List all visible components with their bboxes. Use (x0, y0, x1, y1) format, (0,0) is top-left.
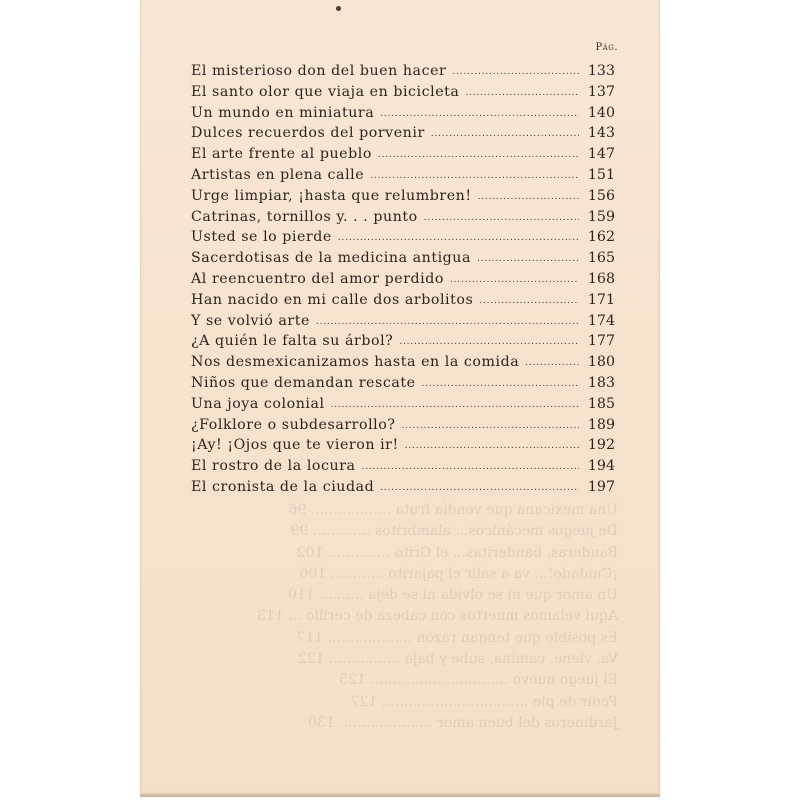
toc-entry-title: El arte frente al pueblo (191, 146, 372, 162)
dot-leader (450, 275, 579, 285)
toc-entry-title: Sacerdotisas de la medicina antigua (191, 250, 471, 266)
toc-entry-title: Al reencuentro del amor perdido (191, 271, 444, 287)
ghost-line: Aquí velamos muertos con cabeza de ceril… (188, 606, 618, 627)
toc-entry-page: 174 (587, 313, 615, 329)
dot-leader (477, 254, 579, 264)
toc-entry-page: 159 (587, 209, 615, 225)
dot-leader (478, 192, 579, 202)
toc-entry: Artistas en plena calle151 (191, 167, 615, 188)
toc-entry-page: 156 (587, 188, 615, 204)
ghost-line: Banderas, banderitas... el Grito .......… (188, 543, 618, 564)
toc-entry: Urge limpiar, ¡hasta que relumbren!156 (191, 188, 615, 209)
toc-entry: Niños que demandan rescate183 (191, 375, 615, 396)
toc-entry-title: Una joya colonial (191, 396, 325, 412)
dot-leader (331, 400, 579, 410)
toc-entry: Una joya colonial185 (191, 396, 615, 417)
dot-leader (479, 296, 579, 306)
dot-leader (452, 67, 579, 77)
toc-entry-page: 140 (587, 105, 615, 121)
table-of-contents: El misterioso don del buen hacer133 El s… (191, 63, 615, 500)
toc-entry: ¿Folklore o subdesarrollo?189 (191, 417, 615, 438)
ghost-line: Va, viene, camina, sube y baja .........… (188, 649, 618, 670)
toc-entry-title: El rostro de la locura (191, 458, 356, 474)
toc-entry-title: Usted se lo pierde (191, 229, 332, 245)
toc-entry-title: El santo olor que viaja en bicicleta (191, 84, 459, 100)
toc-entry-page: 133 (587, 63, 615, 79)
ghost-line: ¡Cuidado!... va a salir el pajarito ....… (188, 564, 618, 585)
toc-entry: Usted se lo pierde162 (191, 229, 615, 250)
toc-entry-title: Dulces recuerdos del porvenir (191, 125, 425, 141)
toc-entry: Catrinas, tornillos y. . . punto159 (191, 209, 615, 230)
ghost-line: Un amor que ni se olvida ni se deja ....… (188, 585, 618, 606)
toc-entry: Al reencuentro del amor perdido168 (191, 271, 615, 292)
ghost-line: Una mexicana que vendía fruta ..........… (188, 500, 618, 521)
toc-entry-title: ¿Folklore o subdesarrollo? (191, 417, 396, 433)
dot-leader (380, 483, 579, 493)
show-through-text: Una mexicana que vendía fruta ..........… (188, 500, 618, 734)
toc-entry-page: 151 (587, 167, 615, 183)
toc-entry-title: Catrinas, tornillos y. . . punto (191, 209, 418, 225)
toc-entry: El santo olor que viaja en bicicleta137 (191, 84, 615, 105)
dot-leader (316, 317, 579, 327)
dot-leader (378, 150, 579, 160)
toc-entry-page: 189 (587, 417, 615, 433)
dot-leader (525, 358, 579, 368)
toc-entry: Nos desmexicanizamos hasta en la comida1… (191, 354, 615, 375)
dot-leader (338, 233, 579, 243)
dot-leader (370, 171, 579, 181)
dot-leader (422, 379, 579, 389)
toc-entry: El rostro de la locura194 (191, 458, 615, 479)
dot-leader (465, 88, 579, 98)
ghost-line: Pedir de pie ...........................… (188, 692, 618, 713)
ghost-line: Jardineros del buen amor ...............… (188, 713, 618, 734)
page-column-header: Pág. (595, 42, 618, 53)
dot-leader (362, 462, 579, 472)
dot-leader (431, 129, 579, 139)
book-page: Una mexicana que vendía fruta ..........… (140, 0, 660, 797)
toc-entry: Un mundo en miniatura140 (191, 105, 615, 126)
toc-entry: Dulces recuerdos del porvenir143 (191, 125, 615, 146)
toc-entry-title: Artistas en plena calle (191, 167, 364, 183)
toc-entry-title: El cronista de la ciudad (191, 479, 374, 495)
toc-entry-title: Urge limpiar, ¡hasta que relumbren! (191, 188, 472, 204)
toc-entry-title: Y se volvió arte (191, 313, 310, 329)
ink-speck (336, 6, 341, 11)
ghost-line: Es posible que tengan razón ............… (188, 628, 618, 649)
toc-entry-page: 165 (587, 250, 615, 266)
toc-entry: ¿A quién le falta su árbol?177 (191, 333, 615, 354)
toc-entry-page: 194 (587, 458, 615, 474)
toc-entry-title: ¡Ay! ¡Ojos que te vieron ir! (191, 437, 399, 453)
toc-entry-page: 177 (587, 333, 615, 349)
ghost-line: De juegos mecánicos... alambritos ......… (188, 521, 618, 542)
dot-leader (424, 213, 579, 223)
toc-entry-page: 143 (587, 125, 615, 141)
toc-entry: Han nacido en mi calle dos arbolitos171 (191, 292, 615, 313)
toc-entry-page: 192 (587, 437, 615, 453)
toc-entry: Sacerdotisas de la medicina antigua165 (191, 250, 615, 271)
toc-entry-page: 162 (587, 229, 615, 245)
dot-leader (402, 421, 579, 431)
toc-entry-title: Un mundo en miniatura (191, 105, 374, 121)
toc-entry-page: 185 (587, 396, 615, 412)
toc-entry-title: El misterioso don del buen hacer (191, 63, 446, 79)
toc-entry: El misterioso don del buen hacer133 (191, 63, 615, 84)
toc-entry-page: 171 (587, 292, 615, 308)
toc-entry-page: 168 (587, 271, 615, 287)
toc-entry-title: ¿A quién le falta su árbol? (191, 333, 393, 349)
toc-entry-page: 197 (587, 479, 615, 495)
toc-entry: Y se volvió arte174 (191, 313, 615, 334)
toc-entry-page: 147 (587, 146, 615, 162)
toc-entry-page: 183 (587, 375, 615, 391)
toc-entry: ¡Ay! ¡Ojos que te vieron ir!192 (191, 437, 615, 458)
toc-entry-title: Nos desmexicanizamos hasta en la comida (191, 354, 519, 370)
toc-entry: El arte frente al pueblo147 (191, 146, 615, 167)
ghost-line: El juego nuevo .........................… (188, 670, 618, 691)
dot-leader (405, 441, 579, 451)
toc-entry-page: 137 (587, 84, 615, 100)
dot-leader (399, 337, 579, 347)
toc-entry-title: Niños que demandan rescate (191, 375, 416, 391)
toc-entry-page: 180 (587, 354, 615, 370)
toc-entry-title: Han nacido en mi calle dos arbolitos (191, 292, 473, 308)
toc-entry: El cronista de la ciudad197 (191, 479, 615, 500)
dot-leader (380, 109, 579, 119)
